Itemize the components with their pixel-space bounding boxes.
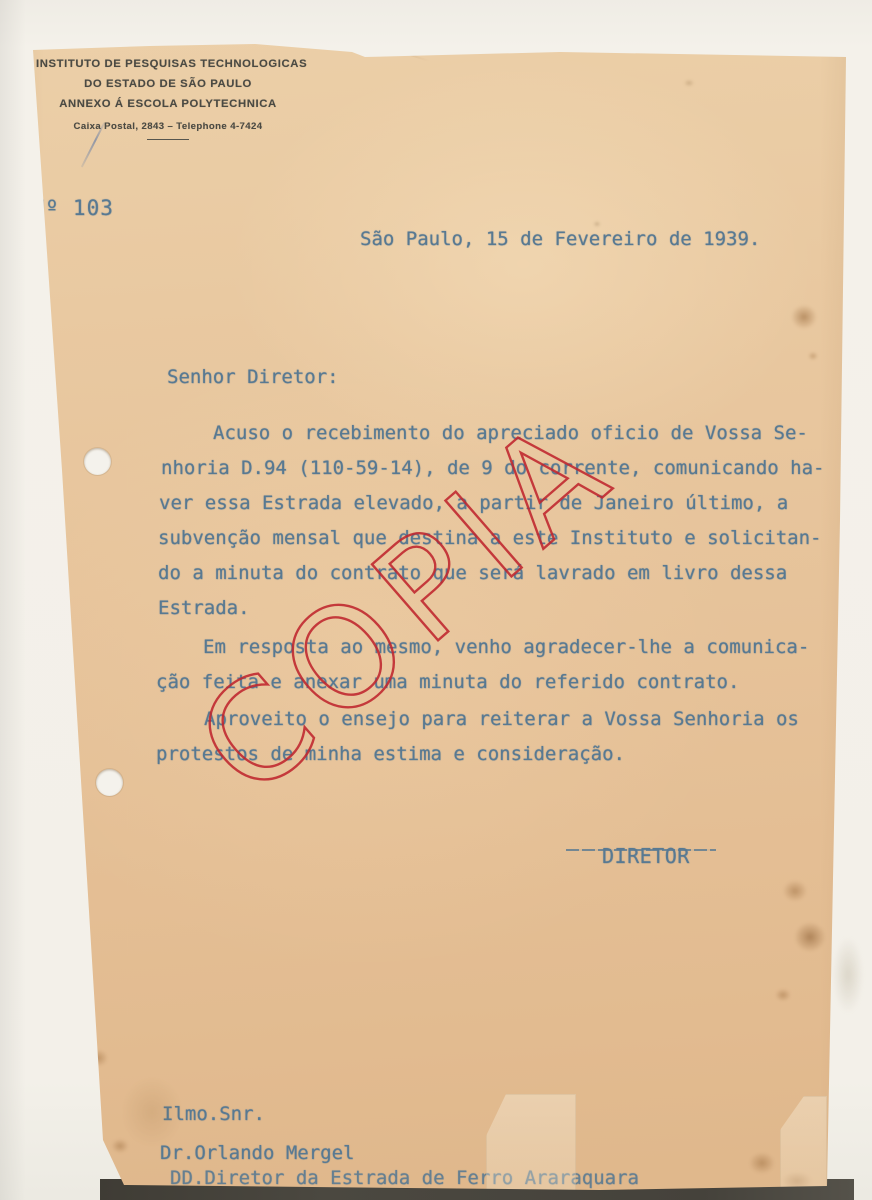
stain <box>772 986 794 1004</box>
stain <box>84 1046 112 1070</box>
stain <box>786 300 822 334</box>
tape-patch <box>780 1096 827 1200</box>
stain <box>836 688 850 700</box>
signature-title: DIRETOR <box>602 845 690 867</box>
body-line: Estrada. <box>158 597 250 619</box>
recipient-title: DD.Diretor da Estrada de Ferro Araraquar… <box>170 1167 639 1189</box>
punch-hole <box>96 769 123 796</box>
stain <box>806 350 820 362</box>
scanned-letter: INSTITUTO DE PESQUISAS TECHNOLOGICAS DO … <box>0 0 872 1200</box>
stain <box>788 916 832 958</box>
body-line: protestos de minha estima e consideração… <box>156 743 625 765</box>
body-line: ção feita e anexar uma minuta do referid… <box>156 671 739 693</box>
stain <box>744 1148 780 1178</box>
body-line: nhoria D.94 (110-59-14), de 9 do corrent… <box>161 457 824 479</box>
copia-stamp: COPIA <box>0 0 872 1200</box>
dateline: São Paulo, 15 de Fevereiro de 1939. <box>360 228 760 250</box>
stain <box>778 876 812 906</box>
letterhead-contact: Caixa Postal, 2843 – Telephone 4-7424 <box>36 121 300 132</box>
body-line: subvenção mensal que destina a este Inst… <box>158 527 821 549</box>
letter-paper: INSTITUTO DE PESQUISAS TECHNOLOGICAS DO … <box>0 0 872 1200</box>
document-number: Nº 103 <box>32 197 114 219</box>
body-line: do a minuta do contrato que será lavrado… <box>158 562 787 584</box>
salutation: Senhor Diretor: <box>167 366 339 388</box>
letterhead-state: DO ESTADO DE SÃO PAULO <box>36 78 300 90</box>
letterhead-institution: INSTITUTO DE PESQUISAS TECHNOLOGICAS <box>36 58 300 70</box>
body-line: ver essa Estrada elevado, a partir de Ja… <box>159 492 788 514</box>
body-line: Acuso o recebimento do apreciado oficio … <box>213 422 808 444</box>
letterhead-rule <box>147 139 189 140</box>
recipient-name: Dr.Orlando Mergel <box>160 1142 354 1164</box>
body-line: Em resposta ao mesmo, venho agradecer-lh… <box>203 636 809 658</box>
punch-hole <box>84 448 111 475</box>
paper-crease <box>342 32 430 62</box>
letterhead: INSTITUTO DE PESQUISAS TECHNOLOGICAS DO … <box>36 58 300 140</box>
stain <box>682 78 696 88</box>
body-line: Aproveito o ensejo para reiterar a Vossa… <box>204 708 799 730</box>
backing-smudge <box>826 920 870 1030</box>
letterhead-annex: ANNEXO Á ESCOLA POLYTECHNICA <box>36 98 300 110</box>
stain <box>108 1136 132 1156</box>
recipient-honorific: Ilmo.Snr. <box>162 1103 265 1125</box>
stain <box>592 220 602 228</box>
